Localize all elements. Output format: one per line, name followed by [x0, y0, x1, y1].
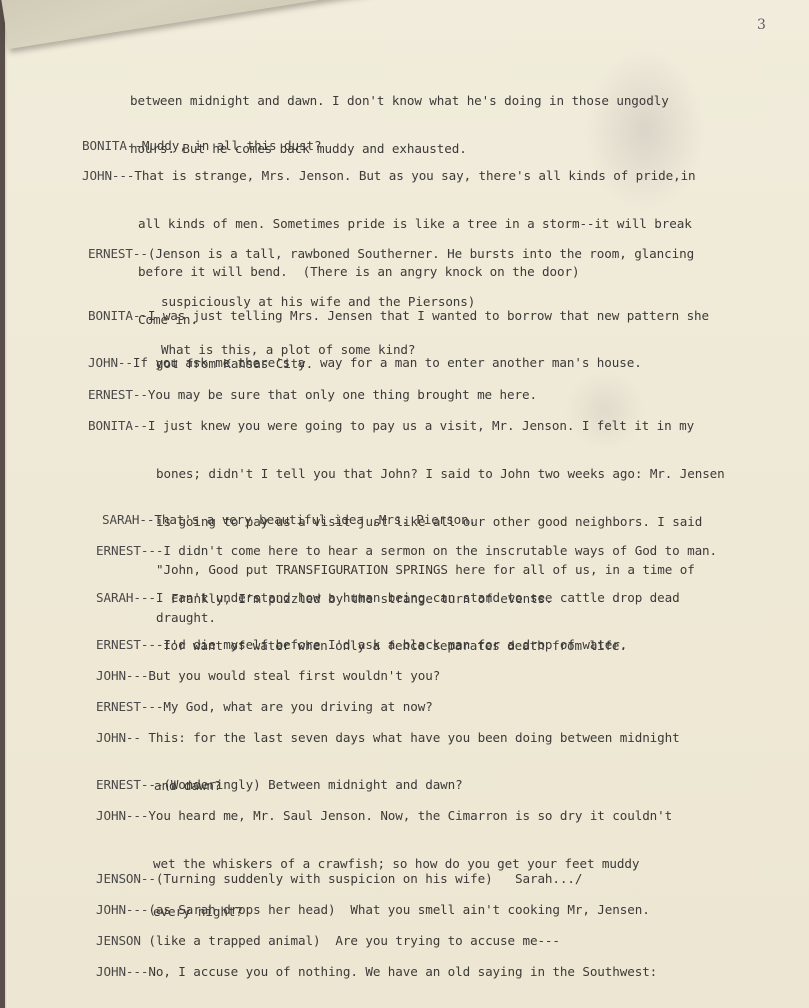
speaker-name: JOHN--- [96, 808, 148, 823]
speaker-name: BONITA-- [88, 418, 148, 433]
dialogue-line: You heard me, Mr. Saul Jenson. Now, the … [148, 808, 672, 823]
dialogue-line: That is strange, Mrs. Jenson. But as you… [134, 168, 695, 183]
speaker-name: JOHN-- [96, 730, 148, 745]
script-page: 3 between midnight and dawn. I don't kno… [5, 0, 809, 1008]
dialogue-line: I was just telling Mrs. Jensen that I wa… [148, 308, 709, 323]
dialogue-line: (Jenson is a tall, rawboned Southerner. … [148, 246, 694, 261]
dialogue-line: I can't understand how a human being can… [156, 590, 680, 605]
dialogue-line: I didn't come here to hear a sermon on t… [163, 543, 717, 558]
dialogue-line: I just knew you were going to pay us a v… [148, 418, 694, 433]
curled-page-corner [0, 0, 384, 49]
speaker-name: SARAH--- [96, 590, 156, 605]
dialogue-block: JOHN---No, I accuse you of nothing. We h… [96, 932, 657, 1008]
page-number: 3 [757, 17, 766, 33]
speaker-name: ERNEST-- [88, 246, 148, 261]
speaker-name: JOHN--- [82, 168, 134, 183]
dialogue-line: No, I accuse you of nothing. We have an … [148, 964, 657, 979]
speaker-name: BONITA-- [88, 308, 148, 323]
dialogue-line: This: for the last seven days what have … [148, 730, 679, 745]
speaker-name: JOHN--- [96, 964, 148, 979]
speaker-name: ERNEST--- [96, 543, 163, 558]
page-edge [5, 0, 8, 1008]
